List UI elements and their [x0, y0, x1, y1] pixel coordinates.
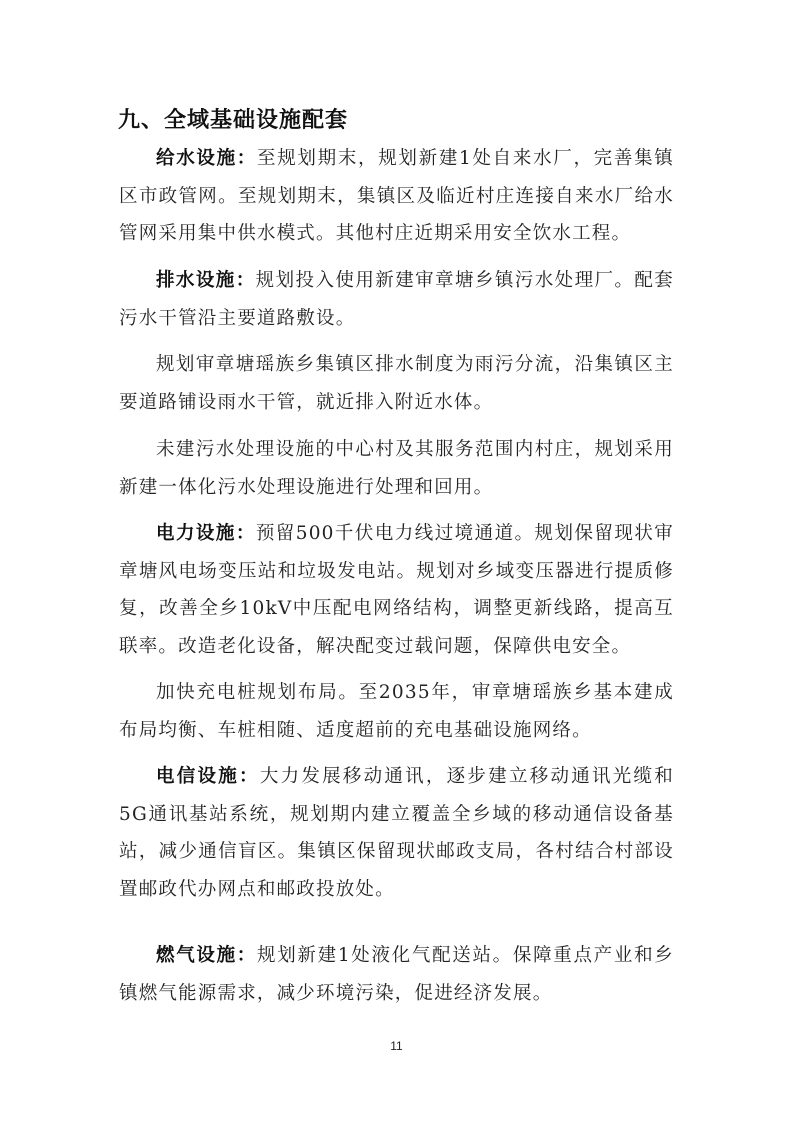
paragraph-label: 电信设施： — [156, 766, 260, 787]
paragraph-gas: 燃气设施：规划新建1处液化气配送站。保障重点产业和乡镇燃气能源需求，减少环境污染… — [119, 937, 674, 1012]
paragraph-label: 排水设施： — [156, 270, 256, 291]
paragraph-drainage-rain: 规划审章塘瑶族乡集镇区排水制度为雨污分流，沿集镇区主要道路铺设雨水干管，就近排入… — [119, 346, 674, 421]
paragraph-text: 加快充电桩规划布局。至2035年，审章塘瑶族乡基本建成布局均衡、车桩相随、适度超… — [119, 682, 674, 741]
paragraph-label: 电力设施： — [156, 523, 256, 544]
paragraph-label: 燃气设施： — [156, 945, 257, 966]
section-heading: 九、全域基础设施配套 — [118, 103, 348, 134]
paragraph-power: 电力设施：预留500千伏电力线过境通道。规划保留现状审章塘风电场变压站和垃圾发电… — [119, 515, 674, 665]
paragraph-drainage: 排水设施：规划投入使用新建审章塘乡镇污水处理厂。配套污水干管沿主要道路敷设。 — [119, 262, 674, 337]
paragraph-water-supply: 给水设施：至规划期末，规划新建1处自来水厂，完善集镇区市政管网。至规划期末，集镇… — [119, 140, 674, 253]
page-number: 11 — [0, 1039, 793, 1053]
paragraph-text: 规划审章塘瑶族乡集镇区排水制度为雨污分流，沿集镇区主要道路铺设雨水干管，就近排入… — [119, 354, 674, 413]
paragraph-telecom: 电信设施：大力发展移动通讯，逐步建立移动通讯光缆和5G通讯基站系统，规划期内建立… — [119, 758, 674, 908]
document-page: 九、全域基础设施配套 给水设施：至规划期末，规划新建1处自来水厂，完善集镇区市政… — [0, 0, 793, 1122]
paragraph-label: 给水设施： — [156, 148, 257, 169]
paragraph-drainage-village: 未建污水处理设施的中心村及其服务范围内村庄，规划采用新建一体化污水处理设施进行处… — [119, 431, 674, 506]
paragraph-charging: 加快充电桩规划布局。至2035年，审章塘瑶族乡基本建成布局均衡、车桩相随、适度超… — [119, 674, 674, 749]
paragraph-text: 未建污水处理设施的中心村及其服务范围内村庄，规划采用新建一体化污水处理设施进行处… — [119, 439, 674, 498]
